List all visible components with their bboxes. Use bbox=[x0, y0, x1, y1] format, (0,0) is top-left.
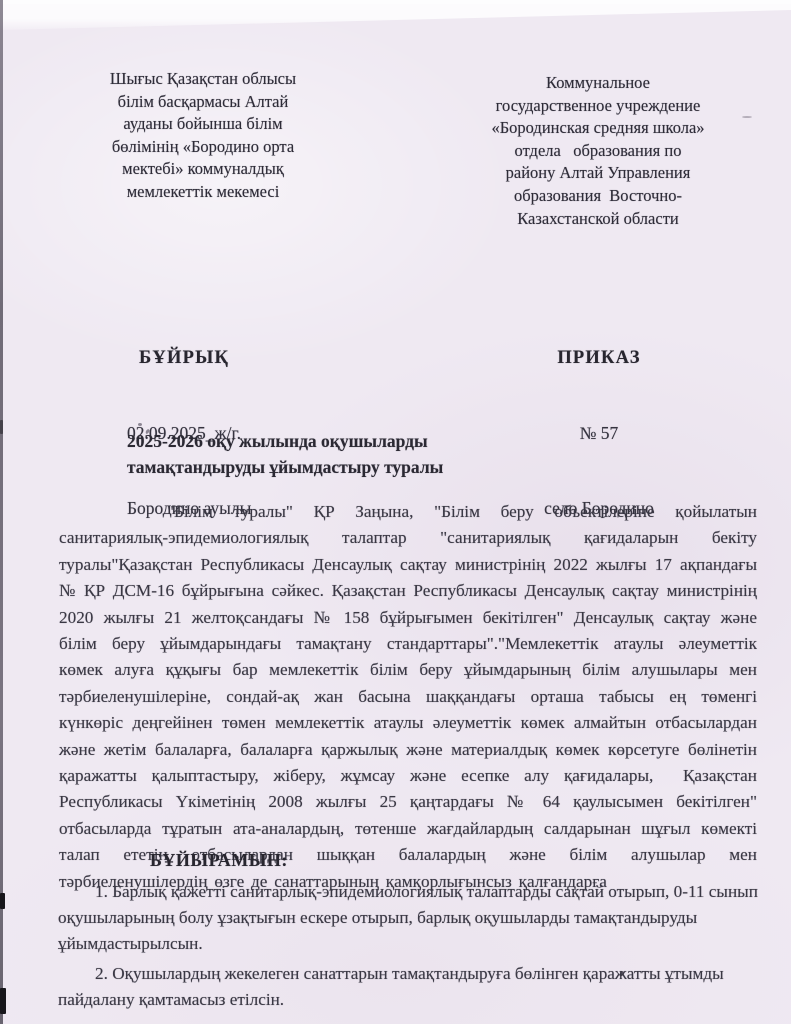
scan-smudge bbox=[0, 988, 6, 1014]
order-preamble: "Білім туралы" ҚР Заңына, "Білім беру об… bbox=[59, 499, 757, 895]
scan-left-edge-shadow bbox=[0, 0, 3, 1024]
order-item-1: 1. Барлық қажетті санитарлық-эпидемиолог… bbox=[58, 879, 762, 958]
order-item-2: 2. Оқушылардың жекелеген санаттарын тама… bbox=[58, 961, 762, 1013]
scan-smudge bbox=[0, 893, 5, 909]
order-title-ru: ПРИКАЗ bbox=[488, 346, 710, 371]
scanned-document-page: Шығыс Қазақстан облысы білім басқармасы … bbox=[0, 0, 791, 1024]
scan-smudge bbox=[0, 420, 3, 434]
order-subject: 2025-2026 оқу жылында оқушыларды тамақта… bbox=[127, 429, 547, 480]
order-title-kk: БҰЙРЫҚ bbox=[127, 346, 251, 371]
org-name-russian: Коммунальное государственное учреждение … bbox=[420, 72, 776, 230]
org-name-kazakh: Шығыс Қазақстан облысы білім басқармасы … bbox=[70, 68, 336, 204]
resolution-heading: БҰЙЫРАМЫН: bbox=[150, 850, 288, 871]
scan-top-sheen bbox=[0, 0, 791, 34]
scan-top-hairline bbox=[0, 0, 791, 4]
